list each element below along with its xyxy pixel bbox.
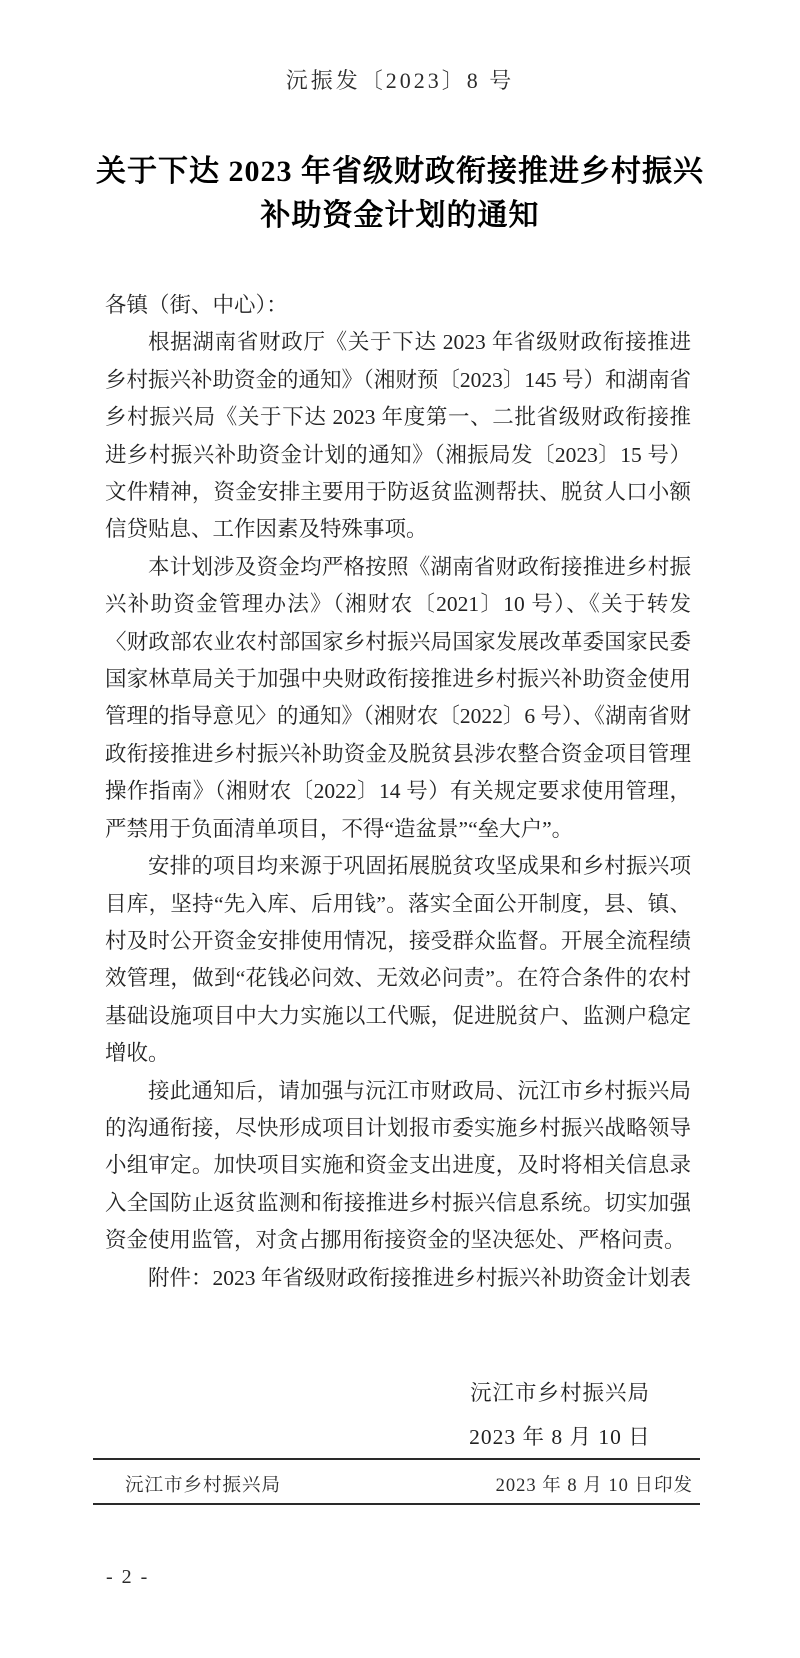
signature-date: 2023 年 8 月 10 日 [430,1422,690,1452]
signature-name: 沅江市乡村振兴局 [430,1378,690,1408]
footer-org-name: 沅江市乡村振兴局 [125,1471,281,1497]
paragraph: 接此通知后，请加强与沅江市财政局、沅江市乡村振兴局的沟通衔接，尽快形成项目计划报… [105,1073,691,1260]
paragraph: 根据湖南省财政厅《关于下达 2023 年省级财政衔接推进乡村振兴补助资金的通知》… [105,324,691,548]
signature-block: 沅江市乡村振兴局 2023 年 8 月 10 日 [430,1378,690,1452]
doc-title-line1: 关于下达 2023 年省级财政衔接推进乡村振兴 [56,150,744,194]
footer-rule-bottom [93,1503,700,1505]
salutation: 各镇（街、中心）： [105,287,691,324]
page-number: - 2 - [106,1566,149,1589]
doc-title-line2: 补助资金计划的通知 [56,194,744,238]
doc-title: 关于下达 2023 年省级财政衔接推进乡村振兴 补助资金计划的通知 [56,150,744,238]
attachment-line: 附件：2023 年省级财政衔接推进乡村振兴补助资金计划表 [105,1260,691,1297]
document-page: 沅振发〔2023〕8 号 关于下达 2023 年省级财政衔接推进乡村振兴 补助资… [0,0,800,1658]
paragraph: 本计划涉及资金均严格按照《湖南省财政衔接推进乡村振兴补助资金管理办法》（湘财农〔… [105,549,691,848]
doc-number: 沅振发〔2023〕8 号 [0,66,800,96]
footer-row: 沅江市乡村振兴局 2023 年 8 月 10 日印发 [93,1468,700,1500]
footer-rule-top [93,1458,700,1460]
doc-body: 各镇（街、中心）： 根据湖南省财政厅《关于下达 2023 年省级财政衔接推进乡村… [105,287,691,1297]
footer-print-date: 2023 年 8 月 10 日印发 [496,1471,693,1497]
paragraph: 安排的项目均来源于巩固拓展脱贫攻坚成果和乡村振兴项目库，坚持“先入库、后用钱”。… [105,848,691,1072]
